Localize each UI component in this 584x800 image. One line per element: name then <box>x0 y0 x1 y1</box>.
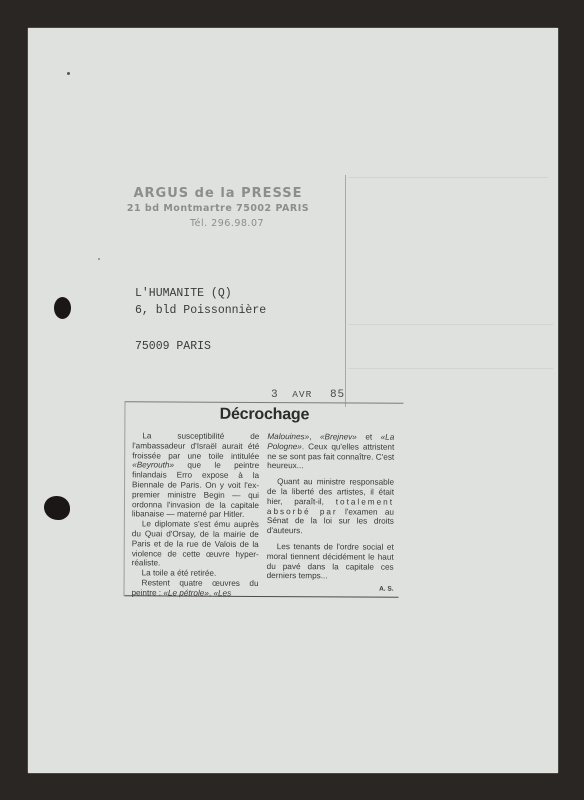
stamp-agency-name: ARGUS de la PRESSE <box>118 186 318 201</box>
punch-hole-top <box>54 297 71 319</box>
artwork-title: «Brejnev» <box>320 432 357 441</box>
date-stamp: 3 AVR 85 <box>271 389 345 401</box>
paragraph: Quant au ministre responsable de la libe… <box>267 477 394 536</box>
press-agency-stamp: ARGUS de la PRESSE 21 bd Montmartre 7500… <box>118 186 318 229</box>
article-column-1: La susceptibilité de l'ambassadeur d'Isr… <box>131 431 259 598</box>
faint-show-through-line <box>348 324 553 325</box>
paragraph: Le diplomate s'est ému auprès du Quai d'… <box>132 519 259 569</box>
faint-margin-line <box>345 175 346 407</box>
publication-name: L'HUMANITE (Q) <box>135 285 266 302</box>
publication-street: 6, bld Poissonnière <box>135 302 266 319</box>
stamp-address: 21 bd Montmartre 75002 PARIS <box>118 203 318 214</box>
paragraph: La toile a été retirée. <box>132 568 259 578</box>
date-year: 85 <box>330 389 345 401</box>
paragraph: Malouines», «Brejnev» et «La Pologne». C… <box>267 432 394 472</box>
article-body: La susceptibilité de l'ambassadeur d'Isr… <box>131 431 394 599</box>
paper-speck <box>67 72 70 75</box>
article-headline: Décrochage <box>125 405 403 424</box>
stamp-phone: Tél. 296.98.07 <box>136 218 318 229</box>
punch-hole-bottom <box>44 496 70 520</box>
date-month: AVR <box>292 389 312 400</box>
artwork-title: «Beyrouth» <box>132 461 174 470</box>
archive-page: ARGUS de la PRESSE 21 bd Montmartre 7500… <box>28 28 558 773</box>
publication-city: 75009 PARIS <box>135 338 266 355</box>
publication-address: L'HUMANITE (Q) 6, bld Poissonnière 75009… <box>135 285 266 355</box>
date-day: 3 <box>271 389 279 401</box>
paragraph: La susceptibilité de l'ambassadeur d'Isr… <box>132 431 259 520</box>
faint-show-through-line <box>348 177 548 178</box>
artwork-title: Malouines» <box>267 432 309 441</box>
paper-speck <box>98 258 100 260</box>
paragraph: Les tenants de l'ordre social et moral t… <box>267 542 394 582</box>
faint-show-through-line <box>348 368 553 369</box>
author-signature: A. S. <box>267 584 394 594</box>
article-column-2: Malouines», «Brejnev» et «La Pologne». C… <box>266 432 394 599</box>
newspaper-clipping: Décrochage La susceptibilité de l'ambass… <box>123 401 403 597</box>
